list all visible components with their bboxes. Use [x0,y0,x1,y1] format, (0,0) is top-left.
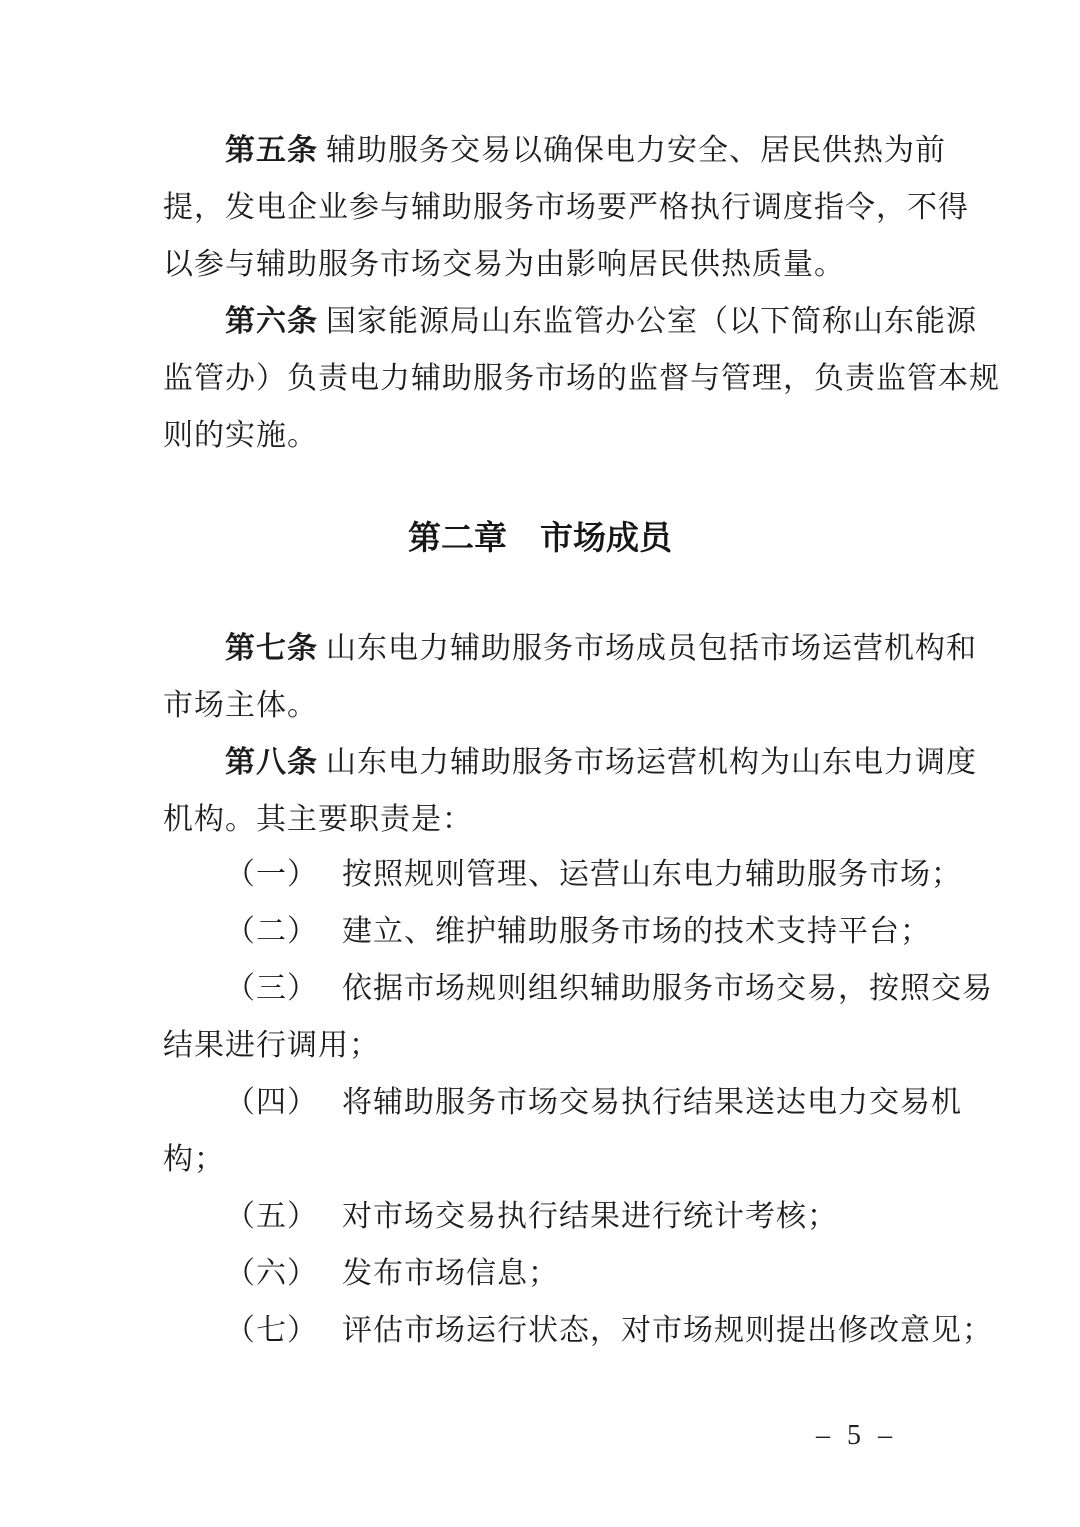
duty-item-2-text: 建立、维护辅助服务市场的技术支持平台； [342,915,931,948]
article-7-text-2: 市场主体。 [163,689,318,722]
duty-item-4-number: （四） [225,1086,318,1119]
article-5-line-2: 提，发电企业参与辅助服务市场要严格执行调度指令，不得 [163,179,969,236]
duty-item-3-number: （三） [225,972,318,1005]
article-6-number: 第六条 [225,305,318,338]
article-7-line-1: 第七条山东电力辅助服务市场成员包括市场运营机构和 [163,620,977,677]
duty-item-4-line-1: （四）将辅助服务市场交易执行结果送达电力交易机 [163,1074,962,1131]
duty-item-7: （七）评估市场运行状态，对市场规则提出修改意见； [163,1302,993,1359]
article-8-text-2: 机构。其主要职责是： [163,803,473,836]
article-5-number: 第五条 [225,134,318,167]
duty-item-6-number: （六） [225,1257,318,1290]
article-5-line-1: 第五条辅助服务交易以确保电力安全、居民供热为前 [163,122,946,179]
article-8-line-2: 机构。其主要职责是： [163,791,473,848]
article-6-line-2: 监管办）负责电力辅助服务市场的监督与管理，负责监管本规 [163,350,1000,407]
duty-item-6-text: 发布市场信息； [342,1257,559,1290]
article-6-line-1: 第六条国家能源局山东监管办公室（以下简称山东能源 [163,293,977,350]
duty-item-1: （一）按照规则管理、运营山东电力辅助服务市场； [163,846,962,903]
duty-item-3-line-2: 结果进行调用； [163,1017,380,1074]
article-6-text-2: 监管办）负责电力辅助服务市场的监督与管理，负责监管本规 [163,362,1000,395]
duty-item-1-number: （一） [225,858,318,891]
duty-item-5-number: （五） [225,1200,318,1233]
duty-item-7-text: 评估市场运行状态，对市场规则提出修改意见； [342,1314,993,1347]
article-5-line-3: 以参与辅助服务市场交易为由影响居民供热质量。 [163,236,845,293]
duty-item-4-line-2: 构； [163,1131,225,1188]
article-6-text-3: 则的实施。 [163,419,318,452]
chapter-2-heading: 第二章 市场成员 [0,509,1080,566]
duty-item-6: （六）发布市场信息； [163,1245,559,1302]
article-7-line-2: 市场主体。 [163,677,318,734]
page-number: – 5 – [816,1412,897,1460]
article-8-line-1: 第八条山东电力辅助服务市场运营机构为山东电力调度 [163,734,977,791]
article-5-text-2: 提，发电企业参与辅助服务市场要严格执行调度指令，不得 [163,191,969,224]
article-8-number: 第八条 [225,746,318,779]
duty-item-3-text-1: 依据市场规则组织辅助服务市场交易，按照交易 [342,972,993,1005]
duty-item-5-text: 对市场交易执行结果进行统计考核； [342,1200,838,1233]
duty-item-2-number: （二） [225,915,318,948]
duty-item-4-text-2: 构； [163,1143,225,1176]
article-5-text-1: 辅助服务交易以确保电力安全、居民供热为前 [326,134,946,167]
duty-item-3-text-2: 结果进行调用； [163,1029,380,1062]
article-5-text-3: 以参与辅助服务市场交易为由影响居民供热质量。 [163,248,845,281]
article-6-text-1: 国家能源局山东监管办公室（以下简称山东能源 [326,305,977,338]
article-7-number: 第七条 [225,632,318,665]
duty-item-2: （二）建立、维护辅助服务市场的技术支持平台； [163,903,931,960]
duty-item-1-text: 按照规则管理、运营山东电力辅助服务市场； [342,858,962,891]
duty-item-5: （五）对市场交易执行结果进行统计考核； [163,1188,838,1245]
article-8-text-1: 山东电力辅助服务市场运营机构为山东电力调度 [326,746,977,779]
duty-item-4-text-1: 将辅助服务市场交易执行结果送达电力交易机 [342,1086,962,1119]
duty-item-7-number: （七） [225,1314,318,1347]
document-page: 第五条辅助服务交易以确保电力安全、居民供热为前 提，发电企业参与辅助服务市场要严… [0,0,1080,1527]
article-6-line-3: 则的实施。 [163,407,318,464]
article-7-text-1: 山东电力辅助服务市场成员包括市场运营机构和 [326,632,977,665]
duty-item-3-line-1: （三）依据市场规则组织辅助服务市场交易，按照交易 [163,960,993,1017]
